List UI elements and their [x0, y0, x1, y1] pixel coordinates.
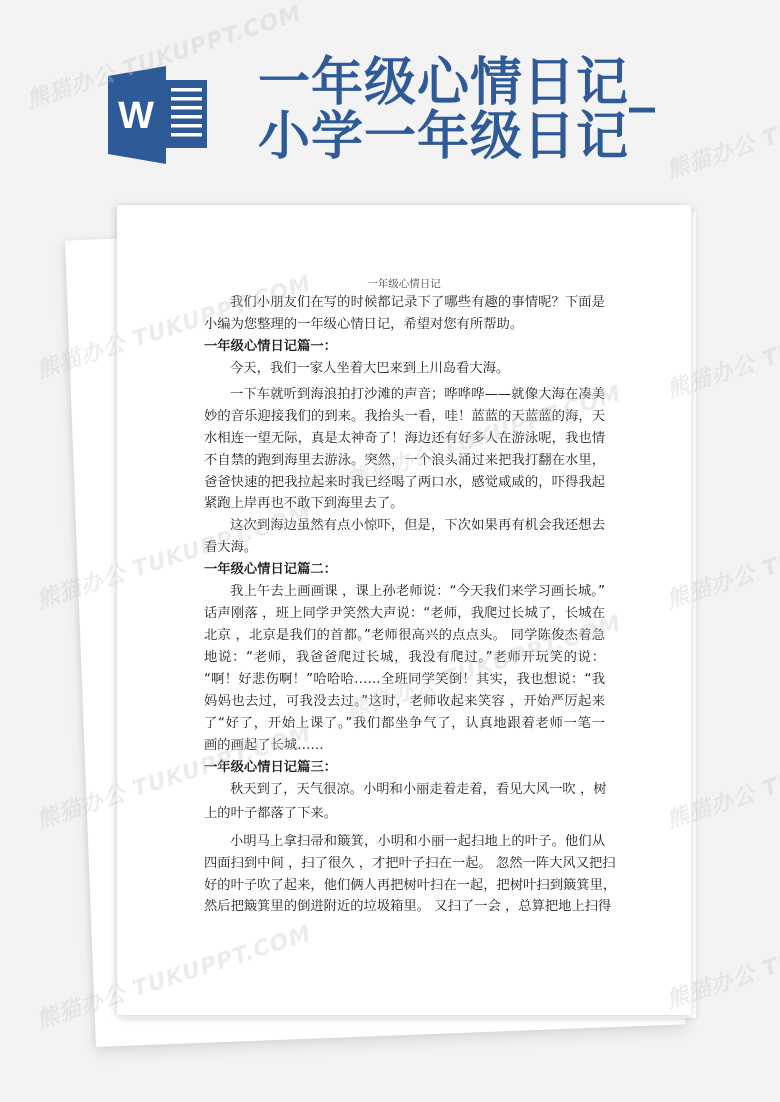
body-text-line: “啊！好悲伤啊！”哈哈哈……全班同学笑倒！其实，我也想说：“我: [204, 671, 605, 689]
body-text-line: 看大海。: [204, 539, 605, 557]
body-text-line: 妙的音乐迎接我们的到来。我抬头一看，哇！蓝蓝的天蓝蓝的海，天: [204, 408, 605, 426]
body-text-line: 上的叶子都落了下来。: [204, 805, 605, 823]
body-text-line: 秋天到了，天气很凉。小明和小丽走着走着，看见大风一吹 ，树: [230, 781, 605, 799]
title-line-2: 小学一年级日记: [258, 110, 656, 164]
body-text-line: 紧跑上岸再也不敢下到海里去了。: [204, 495, 605, 513]
document-heading: 一年级心情日记: [117, 276, 691, 291]
body-text-line: 不自禁的跑到海里去游泳。突然，一个浪头涌过来把我打翻在水里，: [204, 452, 605, 470]
body-text-line: 了“好了，开始上课了。”我们都坐争气了，认真地跟着老师一笔一: [204, 715, 605, 733]
body-text-line: 这次到海边虽然有点小惊吓，但是，下次如果再有机会我还想去: [230, 517, 605, 535]
section-heading: 一年级心情日记篇一：: [204, 338, 605, 356]
body-text-line: 今天，我们一家人坐着大巴来到上川岛看大海。: [230, 360, 605, 378]
microsoft-word-icon: W: [108, 66, 210, 164]
body-text-line: 地说：“老师，我爸爸爬过长城，我没有爬过。”老师开玩笑的说：: [204, 649, 605, 667]
body-text-line: 然后把簸箕里的倒进附近的垃圾箱里。 又扫了一会 ，总算把地上扫得: [204, 898, 605, 916]
body-text-line: 妈妈也去过，可我没去过。”这时，老师收起来笑容 ，开始严厉起来: [204, 693, 605, 711]
section-heading: 一年级心情日记篇二：: [204, 561, 605, 579]
document-page: 一年级心情日记 我们小朋友们在写的时候都记录下了哪些有趣的事情呢？下面是小编为您…: [117, 205, 691, 1015]
body-text-line: 水相连一望无际，真是太神奇了！海边还有好多人在游泳呢，我也情: [204, 430, 605, 448]
body-text-line: 四面扫到中间 ，扫了很久 ，才把叶子扫在一起。 忽然一阵大风又把扫: [204, 855, 605, 873]
body-text-line: 一下车就听到海浪拍打沙滩的声音；哗哗哗——就像大海在凑美: [230, 386, 605, 404]
section-heading: 一年级心情日记篇三：: [204, 759, 605, 777]
body-text-line: 画的画起了长城……: [204, 737, 605, 755]
title-line-1: 一年级心情日记_: [258, 56, 656, 110]
body-text-line: 北京 ，北京是我们的首都。”老师很高兴的点点头。 同学陈俊杰着急: [204, 627, 605, 645]
body-text-line: 好的叶子吹了起来，他们俩人再把树叶扫在一起，把树叶扫到簸箕里，: [204, 877, 605, 895]
body-text-line: 话声刚落 ，班上同学尹笑然大声说：“老师，我爬过长城了，长城在: [204, 605, 605, 623]
page-title: 一年级心情日记_ 小学一年级日记: [258, 56, 656, 164]
body-text-line: 我上午去上画画课 ，课上孙老师说：“今天我们来学习画长城。”: [230, 583, 605, 601]
body-text-line: 小明马上拿扫帚和簸箕，小明和小丽一起扫地上的叶子。他们从: [230, 833, 605, 851]
watermark-text: 熊猫办公 TUKUPPT.COM: [662, 66, 780, 184]
body-text-line: 我们小朋友们在写的时候都记录下了哪些有趣的事情呢？下面是: [230, 294, 605, 312]
svg-text:W: W: [118, 95, 154, 137]
body-text-line: 小编为您整理的一年级心情日记，希望对您有所帮助。: [204, 316, 605, 334]
body-text-line: 爸爸快速的把我拉起来时我已经喝了两口水，感觉咸咸的，吓得我起: [204, 474, 605, 492]
